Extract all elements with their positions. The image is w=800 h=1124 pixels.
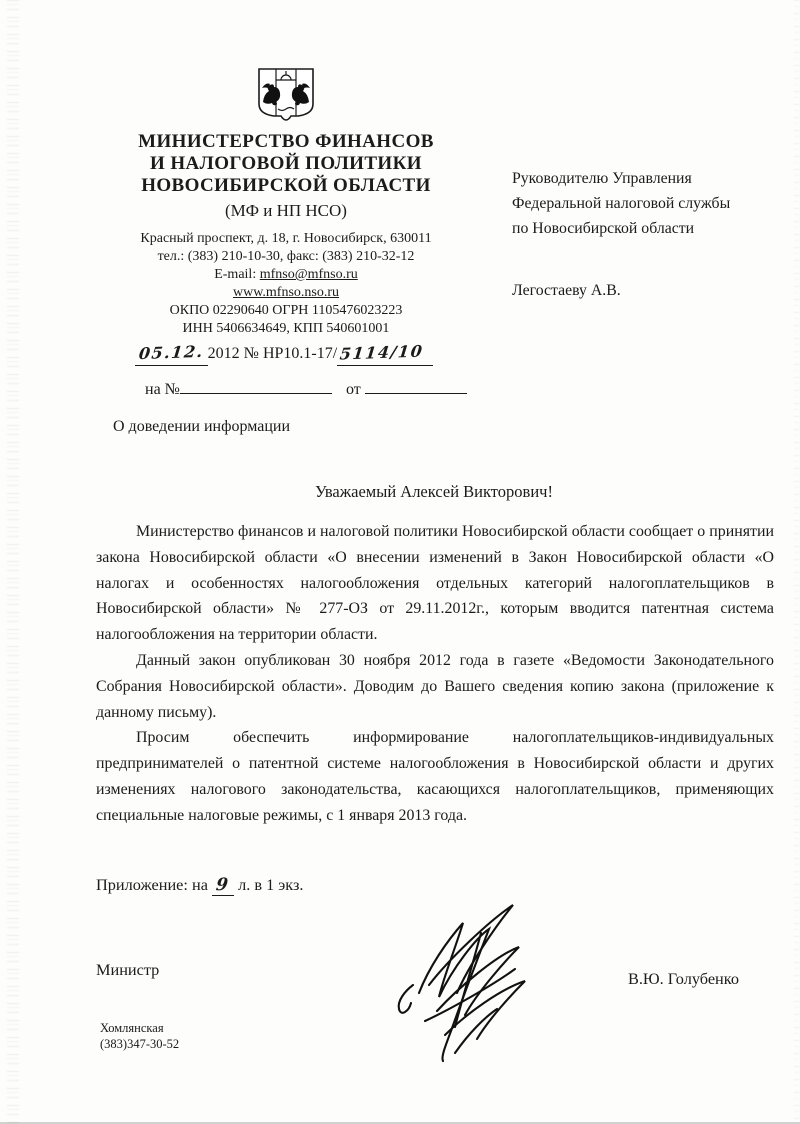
handwritten-date: 05.12. xyxy=(138,341,205,365)
email-address: mfnso@mfnso.ru xyxy=(260,267,358,282)
org-okpo-ogrn: ОКПО 02290640 ОГРН 1105476023223 xyxy=(103,302,469,320)
attachment-sheets-field: 9 xyxy=(212,875,234,896)
outgoing-number-printed: 2012 № НР10.1-17/ xyxy=(208,345,338,362)
ref-number-blank xyxy=(180,380,332,394)
org-name-line1: МИНИСТЕРСТВО ФИНАНСОВ xyxy=(103,131,469,153)
scan-noise-right-edge xyxy=(794,0,799,1124)
org-name-line2: И НАЛОГОВОЙ ПОЛИТИКИ xyxy=(103,153,469,175)
ref-on-label: на № xyxy=(145,381,180,398)
coat-of-arms-icon xyxy=(103,66,469,128)
letterhead: МИНИСТЕРСТВО ФИНАНСОВ И НАЛОГОВОЙ ПОЛИТИ… xyxy=(103,66,469,401)
org-address: Красный проспект, д. 18, г. Новосибирск,… xyxy=(103,230,469,248)
body-paragraph: Просим обеспечить информирование налогоп… xyxy=(96,725,774,828)
contact-block: Красный проспект, д. 18, г. Новосибирск,… xyxy=(103,230,469,338)
recipient-line2: Федеральной налоговой службы xyxy=(512,191,792,216)
executor-phone: (383)347-30-52 xyxy=(100,1036,179,1052)
org-phone-fax: тел.: (383) 210-10-30, факс: (383) 210-3… xyxy=(103,248,469,266)
org-website: www.mfnso.nso.ru xyxy=(103,284,469,302)
outgoing-number-line: 05.12.2012 № НР10.1-17/5114/10 xyxy=(103,342,469,366)
letter-body: Министерство финансов и налоговой полити… xyxy=(96,519,774,829)
org-email-line: E-mail: mfnso@mfnso.ru xyxy=(103,266,469,284)
handwritten-sheet-count: 9 xyxy=(215,875,231,895)
org-inn-kpp: ИНН 5406634649, КПП 540601001 xyxy=(103,320,469,338)
signer-name: В.Ю. Голубенко xyxy=(628,969,739,989)
handwritten-number: 5114/10 xyxy=(339,341,425,366)
recipient-block: Руководителю Управления Федеральной нало… xyxy=(512,166,792,303)
email-label: E-mail: xyxy=(214,267,260,282)
recipient-name: Легостаеву А.В. xyxy=(512,278,792,303)
recipient-line1: Руководителю Управления xyxy=(512,166,792,191)
attachment-prefix: Приложение: на xyxy=(96,875,208,894)
outgoing-number-field: 5114/10 xyxy=(337,342,433,366)
scan-noise-left-edge xyxy=(7,0,19,1124)
body-paragraph: Данный закон опубликован 30 ноября 2012 … xyxy=(96,648,774,725)
scanned-letter-page: МИНИСТЕРСТВО ФИНАНСОВ И НАЛОГОВОЙ ПОЛИТИ… xyxy=(0,0,800,1124)
reference-line: на №от xyxy=(103,379,469,401)
outgoing-date-field: 05.12. xyxy=(135,342,208,366)
signature-scribble-icon xyxy=(385,893,550,1070)
executor-block: Хомлянская (383)347-30-52 xyxy=(100,1020,179,1052)
recipient-line3: по Новосибирской области xyxy=(512,216,792,241)
org-short-name: (МФ и НП НСО) xyxy=(103,201,469,221)
attachment-note: Приложение: на 9 л. в 1 экз. xyxy=(96,875,304,896)
body-paragraph: Министерство финансов и налоговой полити… xyxy=(96,519,774,648)
ref-date-blank xyxy=(365,380,467,394)
attachment-suffix: л. в 1 экз. xyxy=(238,875,303,894)
executor-name: Хомлянская xyxy=(100,1020,179,1036)
org-name-line3: НОВОСИБИРСКОЙ ОБЛАСТИ xyxy=(103,175,469,197)
ref-from-label: от xyxy=(346,381,361,398)
signer-position-title: Министр xyxy=(96,960,159,980)
subject-line: О доведении информации xyxy=(113,418,290,436)
salutation: Уважаемый Алексей Викторович! xyxy=(96,482,772,502)
